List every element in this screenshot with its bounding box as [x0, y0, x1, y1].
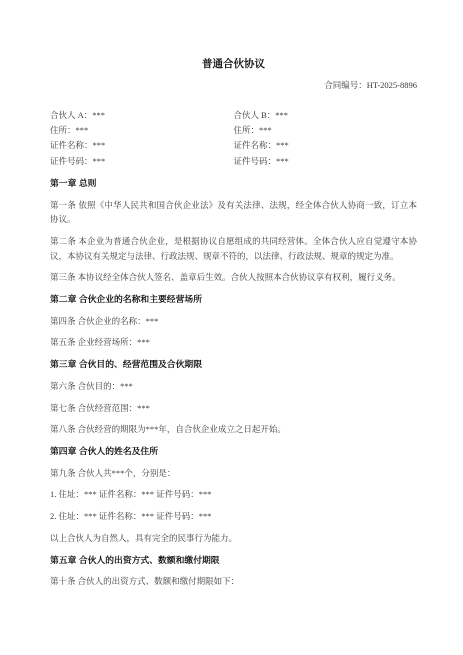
clause-3: 第三条 本协议经全体合伙人签名、盖章后生效。合伙人按照本合伙协议享有权利，履行义…: [50, 270, 417, 285]
chapter-2-heading: 第二章 合伙企业的名称和主要经营场所: [50, 292, 417, 306]
clause-10: 第十条 合伙人的出资方式、数额和缴付期限如下：: [50, 574, 417, 589]
document-title: 普通合伙协议: [50, 58, 417, 71]
party-b-id-number: 证件号码：***: [234, 154, 418, 169]
clause-1: 第一条 依照《中华人民共和国合伙企业法》及有关法律、法规，经全体合伙人协商一致，…: [50, 198, 417, 227]
clause-2: 第二条 本企业为普通合伙企业，是根据协议自愿组成的共同经营体。全体合伙人应自觉遵…: [50, 234, 417, 263]
chapter-3-heading: 第三章 合伙目的、经营范围及合伙期限: [50, 357, 417, 371]
clause-9: 第九条 合伙人共***个，分别是：: [50, 466, 417, 481]
clause-5: 第五条 企业经营场所：***: [50, 335, 417, 350]
partner-entry-2: 2. 住址：*** 证件名称：*** 证件号码：***: [50, 509, 417, 524]
clause-8: 第八条 合伙经营的期限为***年，自合伙企业成立之日起开始。: [50, 422, 417, 437]
party-a-name: 合伙人 A：***: [50, 108, 234, 123]
party-a-block: 合伙人 A：*** 住所：*** 证件名称：*** 证件号码：***: [50, 108, 234, 169]
partner-entry-1: 1. 住址：*** 证件名称：*** 证件号码：***: [50, 487, 417, 502]
parties-block: 合伙人 A：*** 住所：*** 证件名称：*** 证件号码：*** 合伙人 B…: [50, 108, 417, 169]
chapter-1-heading: 第一章 总则: [50, 176, 417, 190]
party-b-name: 合伙人 B：***: [234, 108, 418, 123]
party-a-id-number: 证件号码：***: [50, 154, 234, 169]
chapter-5-heading: 第五章 合伙人的出资方式、数额和缴付期限: [50, 553, 417, 567]
contract-number: 合同编号：HT-2025-8896: [50, 80, 417, 91]
clause-4: 第四条 合伙企业的名称：***: [50, 314, 417, 329]
party-b-block: 合伙人 B：*** 住所：*** 证件名称：*** 证件号码：***: [234, 108, 418, 169]
clause-6: 第六条 合伙目的：***: [50, 379, 417, 394]
party-b-id-name: 证件名称：***: [234, 138, 418, 153]
clause-7: 第七条 合伙经营范围：***: [50, 401, 417, 416]
partners-capacity-note: 以上合伙人为自然人，具有完全的民事行为能力。: [50, 531, 417, 546]
party-a-address: 住所：***: [50, 123, 234, 138]
chapter-4-heading: 第四章 合伙人的姓名及住所: [50, 444, 417, 458]
contract-document-page: 普通合伙协议 合同编号：HT-2025-8896 合伙人 A：*** 住所：**…: [0, 0, 463, 655]
party-b-address: 住所：***: [234, 123, 418, 138]
party-a-id-name: 证件名称：***: [50, 138, 234, 153]
